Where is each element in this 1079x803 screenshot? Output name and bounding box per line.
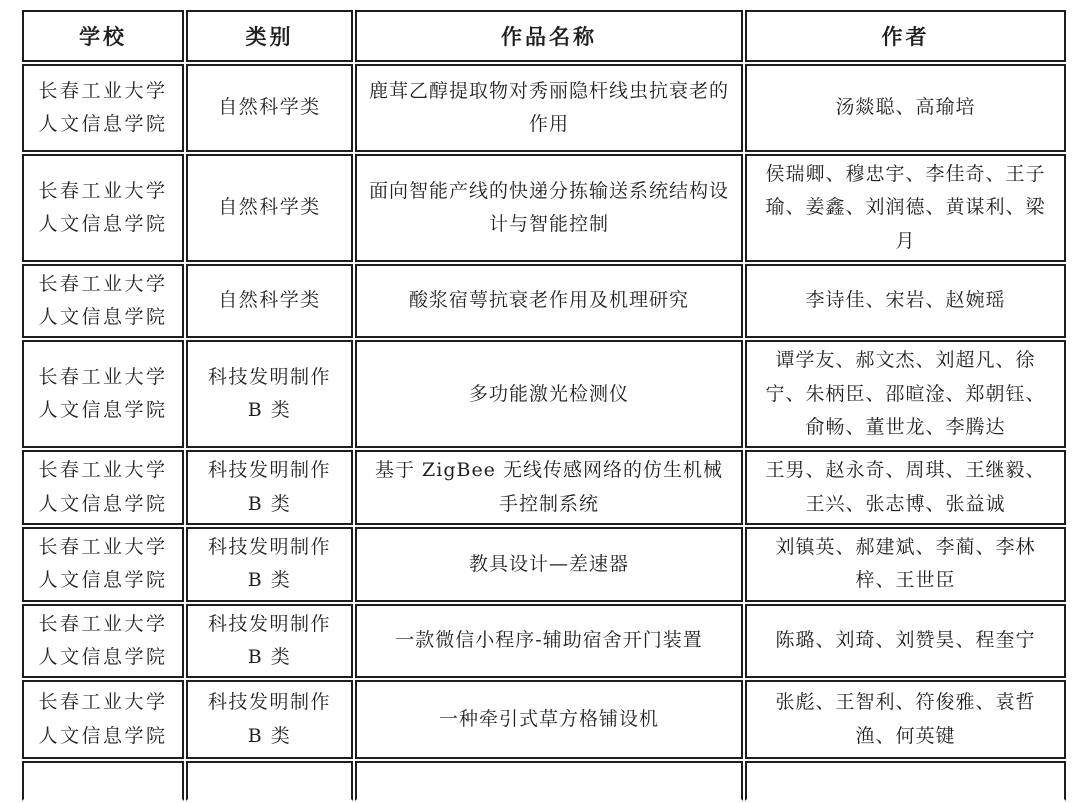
- category-cell: 科技发明制作 B 类: [186, 527, 353, 602]
- column-header-work: 作品名称: [355, 10, 743, 62]
- table-row: 长春工业大学人文信息学院 科技发明制作 B 类 基于 ZigBee 无线传感网络…: [22, 450, 1066, 525]
- table-row: 长春工业大学人文信息学院 科技发明制作 B 类 多功能激光检测仪 谭学友、郝文杰…: [22, 340, 1066, 448]
- awards-table-container: 学校 类别 作品名称 作者 长春工业大学人文信息学院 自然科学类 鹿茸乙醇提取物…: [20, 8, 1068, 747]
- school-cell: 长春工业大学人文信息学院: [22, 340, 184, 448]
- table-row: 长春工业大学人文信息学院 科技发明制作 B 类 教具设计—差速器 刘镇英、郝建斌…: [22, 527, 1066, 602]
- table-row: 长春工业大学人文信息学院 自然科学类 鹿茸乙醇提取物对秀丽隐杆线虫抗衰老的作用 …: [22, 64, 1066, 152]
- school-cell: 长春工业大学人文信息学院: [22, 527, 184, 602]
- work-title-cell: 多功能激光检测仪: [355, 340, 743, 448]
- work-title-cell: 酸浆宿萼抗衰老作用及机理研究: [355, 264, 743, 339]
- category-cell: 科技发明制作 B 类: [186, 450, 353, 525]
- category-cell: 自然科学类: [186, 154, 353, 262]
- authors-cell: 刘镇英、郝建斌、李蔺、李林梓、王世臣: [745, 527, 1066, 602]
- category-cell: 自然科学类: [186, 64, 353, 152]
- column-header-authors: 作者: [745, 10, 1066, 62]
- authors-cell: 侯瑞卿、穆忠宇、李佳奇、王子瑜、姜鑫、刘润德、黄谋利、梁月: [745, 154, 1066, 262]
- category-cell: 科技发明制作 B 类: [186, 340, 353, 448]
- category-cell: 科技发明制作 B 类: [186, 680, 353, 747]
- school-cell: 长春工业大学人文信息学院: [22, 154, 184, 262]
- work-title-cell: 一种牵引式草方格铺设机: [355, 680, 743, 747]
- table-body: 长春工业大学人文信息学院 自然科学类 鹿茸乙醇提取物对秀丽隐杆线虫抗衰老的作用 …: [22, 64, 1066, 747]
- table-row: 长春工业大学人文信息学院 科技发明制作 B 类 一款微信小程序-辅助宿舍开门装置…: [22, 604, 1066, 679]
- column-header-category: 类别: [186, 10, 353, 62]
- school-cell: 长春工业大学人文信息学院: [22, 64, 184, 152]
- work-title-cell: 一款微信小程序-辅助宿舍开门装置: [355, 604, 743, 679]
- school-cell: 长春工业大学人文信息学院: [22, 264, 184, 339]
- authors-cell: 李诗佳、宋岩、赵婉瑶: [745, 264, 1066, 339]
- work-title-cell: 面向智能产线的快递分拣输送系统结构设计与智能控制: [355, 154, 743, 262]
- category-cell: 科技发明制作 B 类: [186, 604, 353, 679]
- work-title-cell: 教具设计—差速器: [355, 527, 743, 602]
- work-title-cell: 基于 ZigBee 无线传感网络的仿生机械手控制系统: [355, 450, 743, 525]
- table-row: 长春工业大学人文信息学院 自然科学类 酸浆宿萼抗衰老作用及机理研究 李诗佳、宋岩…: [22, 264, 1066, 339]
- authors-cell: 谭学友、郝文杰、刘超凡、徐宁、朱柄臣、邵暄淦、郑朝钰、俞畅、董世龙、李腾达: [745, 340, 1066, 448]
- authors-cell: 汤燚聪、高瑜培: [745, 64, 1066, 152]
- header-row: 学校 类别 作品名称 作者: [22, 10, 1066, 62]
- authors-cell: 张彪、王智利、符俊雅、袁哲渔、何英键: [745, 680, 1066, 747]
- table-header: 学校 类别 作品名称 作者: [22, 10, 1066, 62]
- school-cell: 长春工业大学人文信息学院: [22, 450, 184, 525]
- work-title-cell: 鹿茸乙醇提取物对秀丽隐杆线虫抗衰老的作用: [355, 64, 743, 152]
- column-header-school: 学校: [22, 10, 184, 62]
- awards-table: 学校 类别 作品名称 作者 长春工业大学人文信息学院 自然科学类 鹿茸乙醇提取物…: [20, 8, 1068, 747]
- table-row: 长春工业大学人文信息学院 科技发明制作 B 类 一种牵引式草方格铺设机 张彪、王…: [22, 680, 1066, 747]
- school-cell: 长春工业大学人文信息学院: [22, 680, 184, 747]
- table-row: 长春工业大学人文信息学院 自然科学类 面向智能产线的快递分拣输送系统结构设计与智…: [22, 154, 1066, 262]
- school-cell: 长春工业大学人文信息学院: [22, 604, 184, 679]
- category-cell: 自然科学类: [186, 264, 353, 339]
- authors-cell: 王男、赵永奇、周琪、王继毅、王兴、张志博、张益诚: [745, 450, 1066, 525]
- authors-cell: 陈璐、刘琦、刘赞昊、程奎宁: [745, 604, 1066, 679]
